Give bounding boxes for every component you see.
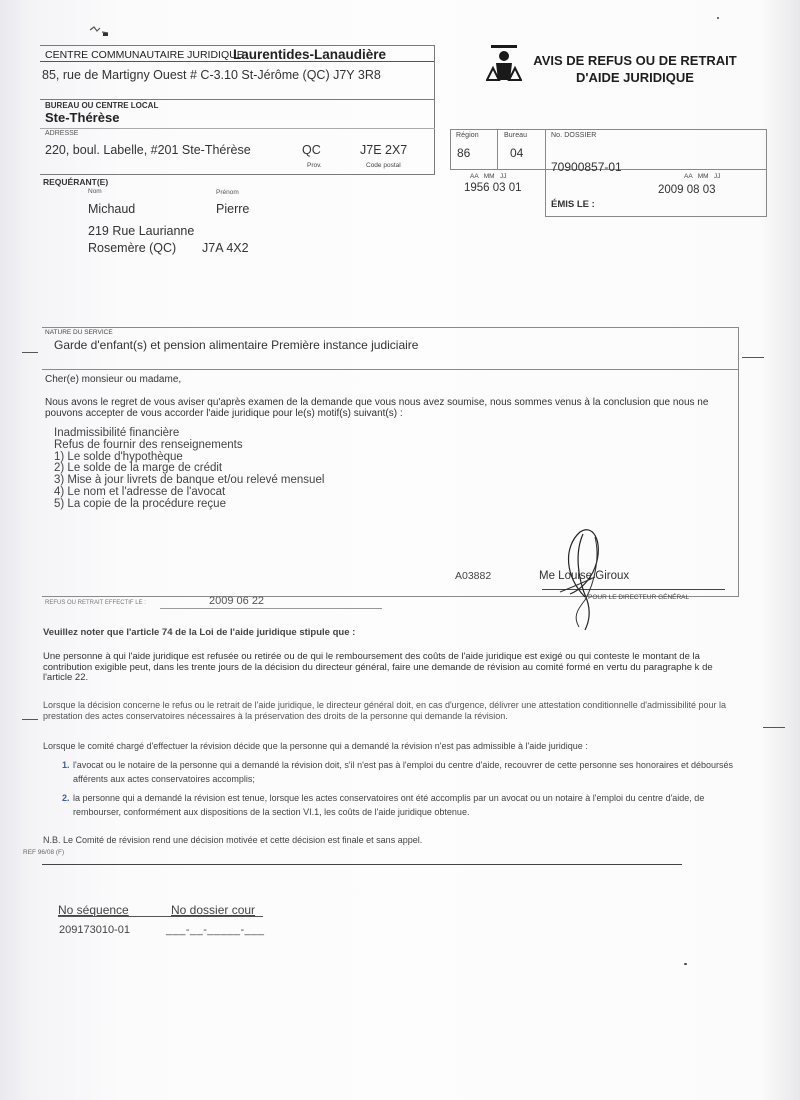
- centre-address: 85, rue de Martigny Ouest # C-3.10 St-Jé…: [42, 68, 381, 82]
- bureau-address: 220, boul. Labelle, #201 Ste-Thérèse: [45, 143, 251, 157]
- issue-date-format: AA MM JJ: [684, 173, 720, 180]
- footer-underline: [58, 916, 263, 917]
- refusal-reason: 5) La copie de la procédure reçue: [54, 499, 324, 511]
- bureau-label: BUREAU OU CENTRE LOCAL: [45, 101, 158, 110]
- agent-reference-id: A03882: [455, 570, 491, 582]
- fold-mark: [22, 352, 38, 353]
- scan-mark: [88, 24, 118, 38]
- province-label: Prov.: [307, 162, 322, 169]
- refusal-reason: 4) Le nom et l'adresse de l'avocat: [54, 487, 324, 499]
- court-dossier-number: ___-__-_____-___: [166, 924, 265, 936]
- document-title: AVIS DE REFUS OU DE RETRAIT D'AIDE JURID…: [530, 52, 740, 86]
- article-item-text: l'avocat ou le notaire de la personne qu…: [73, 760, 733, 784]
- document-title-line2: D'AIDE JURIDIQUE: [530, 69, 740, 86]
- centre-name: Laurentides-Lanaudière: [233, 47, 386, 62]
- letter-greeting: Cher(e) monsieur ou madame,: [45, 374, 181, 385]
- requerant-nom: Michaud: [88, 202, 135, 216]
- bureau-divider: [40, 128, 435, 129]
- service-divider: [42, 369, 739, 370]
- nom-label: Nom: [88, 188, 102, 195]
- scan-speck: [717, 17, 719, 19]
- bureau-postal-code: J7E 2X7: [360, 143, 407, 157]
- requerant-city: Rosemère (QC): [88, 241, 176, 255]
- effective-date-label: REFUS OU RETRAIT EFFECTIF LE :: [45, 600, 146, 606]
- requerant-label: REQUÉRANT(E): [43, 177, 108, 187]
- refusal-reasons-list: Inadmissibilité financière Refus de four…: [54, 428, 324, 511]
- article-item-number: 2.: [62, 791, 70, 805]
- bureau-name: Ste-Thérèse: [45, 110, 119, 125]
- issue-date: 2009 08 03: [658, 184, 716, 196]
- article-paragraph-3: Lorsque le comité chargé d'effectuer la …: [43, 741, 743, 752]
- form-reference-code: REF 96/08 (F): [23, 849, 64, 856]
- centre-underline: [40, 61, 434, 62]
- effective-date: 2009 06 22: [209, 595, 264, 607]
- article-heading: Veuillez noter que l'article 74 de la Lo…: [43, 627, 355, 638]
- sequence-number: 209173010-01: [59, 924, 130, 936]
- fold-mark: [763, 727, 785, 728]
- sequence-number-label: No séquence: [58, 903, 129, 917]
- dossier-info-box: Région 86 Bureau 04 No. DOSSIER 70900857…: [450, 129, 767, 217]
- dossier-number: 70900857-01: [551, 160, 622, 174]
- fold-mark: [22, 719, 38, 720]
- region-divider: [497, 129, 498, 170]
- requerant-postal-code: J7A 4X2: [202, 241, 249, 255]
- form-bottom-line: [42, 864, 682, 865]
- document-title-line1: AVIS DE REFUS OU DE RETRAIT: [530, 52, 740, 69]
- article-item-number: 1.: [62, 758, 70, 772]
- requerant-address: 219 Rue Laurianne: [88, 224, 194, 238]
- centre-label: CENTRE COMMUNAUTAIRE JURIDIQUE: [45, 49, 244, 61]
- article-paragraph-1: Une personne à qui l'aide juridique est …: [43, 652, 743, 684]
- article-paragraph-2: Lorsque la décision concerne le refus ou…: [43, 700, 743, 721]
- birth-date: 1956 03 01: [464, 182, 522, 194]
- bureau-code-label: Bureau: [504, 132, 527, 139]
- nota-bene: N.B. Le Comité de révision rend une déci…: [43, 835, 422, 845]
- bureau-province: QC: [302, 143, 321, 157]
- bureau-code-value: 04: [510, 146, 523, 160]
- article-item: 1. l'avocat ou le notaire de la personne…: [62, 758, 742, 786]
- scales-of-justice-icon: [486, 44, 522, 84]
- effective-date-line: [160, 608, 382, 609]
- service-label: NATURE DU SERVICE: [45, 329, 113, 336]
- refusal-reason: Refus de fournir des renseignements: [54, 440, 324, 452]
- region-value: 86: [457, 146, 470, 160]
- fold-mark: [742, 357, 764, 358]
- prenom-label: Prénom: [216, 189, 239, 196]
- postal-code-label: Code postal: [366, 162, 401, 169]
- letter-body: Nous avons le regret de vous aviser qu'a…: [45, 397, 735, 419]
- region-label: Région: [456, 132, 479, 139]
- issue-label: ÉMIS LE :: [551, 199, 595, 210]
- birth-date-format: AA MM JJ: [470, 173, 506, 180]
- service-text: Garde d'enfant(s) et pension alimentaire…: [54, 338, 418, 352]
- court-dossier-label: No dossier cour: [171, 903, 255, 917]
- article-item: 2. la personne qui a demandé la révision…: [62, 791, 742, 819]
- scan-speck: [684, 963, 687, 965]
- dossier-number-label: No. DOSSIER: [551, 132, 596, 139]
- handwritten-signature: [555, 522, 615, 632]
- adresse-label: ADRESSE: [45, 130, 78, 137]
- article-item-text: la personne qui a demandé la révision es…: [73, 793, 704, 817]
- article-items: 1. l'avocat ou le notaire de la personne…: [62, 758, 742, 824]
- requerant-prenom: Pierre: [216, 202, 249, 216]
